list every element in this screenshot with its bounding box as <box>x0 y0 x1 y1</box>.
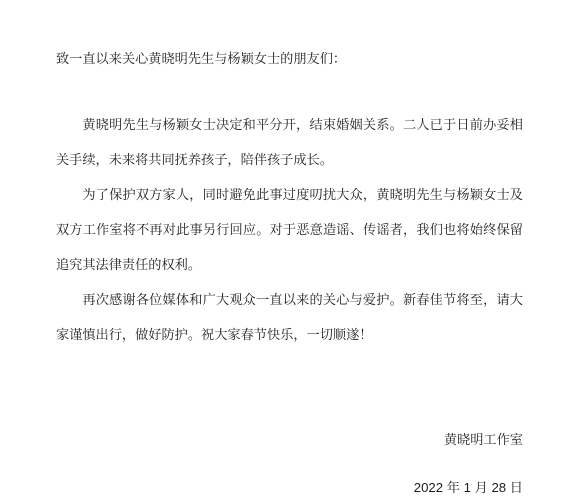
signature-line: 黄晓明工作室 <box>56 422 523 457</box>
salutation-line: 致一直以来关心黄晓明先生与杨颖女士的朋友们： <box>56 41 523 76</box>
statement-page: 致一直以来关心黄晓明先生与杨颖女士的朋友们： 黄晓明先生与杨颖女士决定和平分开，… <box>0 0 563 498</box>
body-paragraph-2: 为了保护双方家人，同时避免此事过度叨扰大众，黄晓明先生与杨颖女士及双方工作室将不… <box>56 177 523 282</box>
statement-document: 致一直以来关心黄晓明先生与杨颖女士的朋友们： 黄晓明先生与杨颖女士决定和平分开，… <box>56 41 523 498</box>
body-paragraph-3: 再次感谢各位媒体和广大观众一直以来的关心与爱护。新春佳节将至，请大家谨慎出行，做… <box>56 282 523 352</box>
date-line: 2022 年 1 月 28 日 <box>56 470 523 498</box>
body-paragraph-1: 黄晓明先生与杨颖女士决定和平分开，结束婚姻关系。二人已于日前办妥相关手续，未来将… <box>56 107 523 177</box>
